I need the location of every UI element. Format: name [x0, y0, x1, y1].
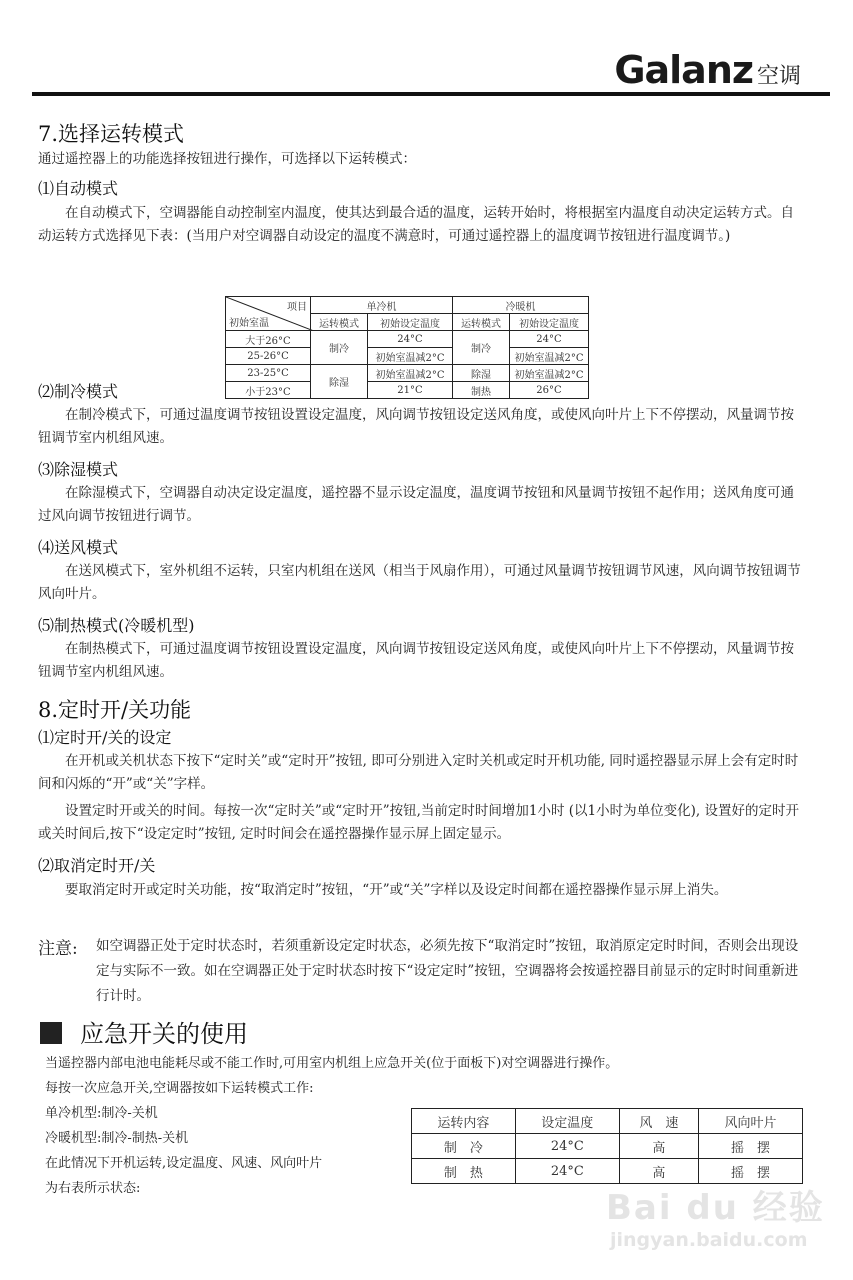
table-corner-cell: 项目 初始室温: [226, 297, 311, 331]
auto-mode-text: 在自动模式下，空调器能自动控制室内温度，使其达到最合适的温度，运转开始时，将根据…: [38, 202, 806, 248]
note-text: 如空调器正处于定时状态时，若须重新设定定时状态，必须先按下“取消定时”按钮，取消…: [96, 934, 808, 1009]
emergency-line-2: 冷暖机型:制冷-制热-关机: [45, 1127, 188, 1150]
header-cell: 设定温度: [515, 1109, 619, 1134]
group-heat-pump: 冷暖机: [453, 297, 589, 314]
table-header-row: 运转内容 设定温度 风 速 风向叶片: [412, 1109, 803, 1134]
fan-mode-text: 在送风模式下，室外机组不运转，只室内机组在送风（相当于风扇作用），可通过风量调节…: [38, 560, 806, 606]
auto-mode-table: 项目 初始室温 单冷机 冷暖机 运转模式 初始设定温度 运转模式 初始设定温度 …: [225, 296, 589, 399]
emergency-title-text: 应急开关的使用: [80, 1020, 248, 1048]
cell: 制 热: [412, 1159, 516, 1184]
emergency-table: 运转内容 设定温度 风 速 风向叶片 制 冷 24°C 高 摇 摆 制 热 24…: [411, 1108, 803, 1184]
note-label: 注意:: [38, 934, 78, 959]
section-7-intro: 通过遥控器上的功能选择按钮进行操作，可选择以下运转模式：: [38, 148, 416, 171]
cell: 25-26°C: [226, 348, 311, 365]
emergency-line-4: 为右表所示状态:: [45, 1177, 140, 1200]
brand-logo: Galanz 空调: [614, 48, 801, 92]
emergency-line-1: 单冷机型:制冷-关机: [45, 1102, 158, 1125]
table-row: 小于23°C 21°C 制热 26°C: [226, 382, 589, 399]
table-row: 制 冷 24°C 高 摇 摆: [412, 1134, 803, 1159]
timer-set-text-2: 设置定时开或关的时间。每按一次“定时关”或“定时开”按钮,当前定时时间增加1小时…: [38, 800, 806, 846]
col-temp: 初始设定温度: [368, 314, 453, 331]
header-rule: [32, 92, 830, 96]
cell: 制冷: [453, 331, 510, 365]
cell: 高: [619, 1134, 698, 1159]
section-8-title: 8.定时开/关功能: [38, 694, 191, 724]
timer-set-text-1: 在开机或关机状态下按下“定时关”或“定时开”按钮, 即可分别进入定时关机或定时开…: [38, 750, 806, 796]
table-row: 23-25°C 除湿 初始室温减2°C 除湿 初始室温减2°C: [226, 365, 589, 382]
cell: 小于23°C: [226, 382, 311, 399]
table-row: 大于26°C 制冷 24°C 制冷 24°C: [226, 331, 589, 348]
corner-bottom-label: 初始室温: [229, 314, 269, 329]
header-cell: 风 速: [619, 1109, 698, 1134]
cell: 初始室温减2°C: [368, 348, 453, 365]
cell: 摇 摆: [699, 1134, 803, 1159]
baidu-watermark: Bai du 经验 jingyan.baidu.com: [606, 1180, 825, 1251]
square-bullet-icon: [40, 1022, 62, 1044]
brand-subtitle: 空调: [757, 59, 801, 90]
col-temp: 初始设定温度: [510, 314, 589, 331]
cell: 制 冷: [412, 1134, 516, 1159]
group-cooling-only: 单冷机: [311, 297, 453, 314]
cell: 制冷: [311, 331, 368, 365]
heat-mode-title: ⑸制热模式(冷暖机型): [38, 613, 195, 636]
cool-mode-title: ⑵制冷模式: [38, 379, 118, 402]
cell: 24°C: [510, 331, 589, 348]
emergency-title: 应急开关的使用: [40, 1014, 248, 1049]
cell: 24°C: [515, 1159, 619, 1184]
table-row: 25-26°C 初始室温减2°C 初始室温减2°C: [226, 348, 589, 365]
heat-mode-text: 在制热模式下，可通过温度调节按钮设置设定温度，风向调节按钮设定送风角度，或使风向…: [38, 638, 806, 684]
cell: 除湿: [311, 365, 368, 399]
cell: 23-25°C: [226, 365, 311, 382]
cool-mode-text: 在制冷模式下，可通过温度调节按钮设置设定温度，风向调节按钮设定送风角度，或使风向…: [38, 404, 806, 450]
col-mode: 运转模式: [311, 314, 368, 331]
dry-mode-text: 在除湿模式下，空调器自动决定设定温度，遥控器不显示设定温度，温度调节按钮和风量调…: [38, 482, 806, 528]
col-mode: 运转模式: [453, 314, 510, 331]
fan-mode-title: ⑷送风模式: [38, 535, 118, 558]
section-7-title: 7.选择运转模式: [38, 118, 184, 148]
cell: 初始室温减2°C: [510, 365, 589, 382]
cell: 初始室温减2°C: [368, 365, 453, 382]
emergency-text-2: 每按一次应急开关,空调器按如下运转模式工作:: [45, 1077, 314, 1100]
emergency-line-3: 在此情况下开机运转,设定温度、风速、风向叶片: [45, 1152, 322, 1175]
cell: 24°C: [368, 331, 453, 348]
cell: 24°C: [515, 1134, 619, 1159]
corner-top-label: 项目: [287, 298, 307, 313]
auto-mode-title: ⑴自动模式: [38, 176, 118, 199]
cell: 大于26°C: [226, 331, 311, 348]
brand-name: Galanz: [614, 48, 753, 92]
watermark-url: jingyan.baidu.com: [610, 1229, 825, 1251]
dry-mode-title: ⑶除湿模式: [38, 457, 118, 480]
watermark-logo: Bai du 经验: [606, 1180, 825, 1229]
cell: 制热: [453, 382, 510, 399]
emergency-text-1: 当遥控器内部电池电能耗尽或不能工作时,可用室内机组上应急开关(位于面板下)对空调…: [45, 1052, 618, 1075]
cell: 初始室温减2°C: [510, 348, 589, 365]
header-cell: 运转内容: [412, 1109, 516, 1134]
header-cell: 风向叶片: [699, 1109, 803, 1134]
cell: 26°C: [510, 382, 589, 399]
cell: 21°C: [368, 382, 453, 399]
timer-cancel-text: 要取消定时开或定时关功能，按“取消定时”按钮，“开”或“关”字样以及设定时间都在…: [38, 879, 806, 902]
cell: 除湿: [453, 365, 510, 382]
timer-set-title: ⑴定时开/关的设定: [38, 725, 171, 748]
timer-cancel-title: ⑵取消定时开/关: [38, 853, 155, 876]
